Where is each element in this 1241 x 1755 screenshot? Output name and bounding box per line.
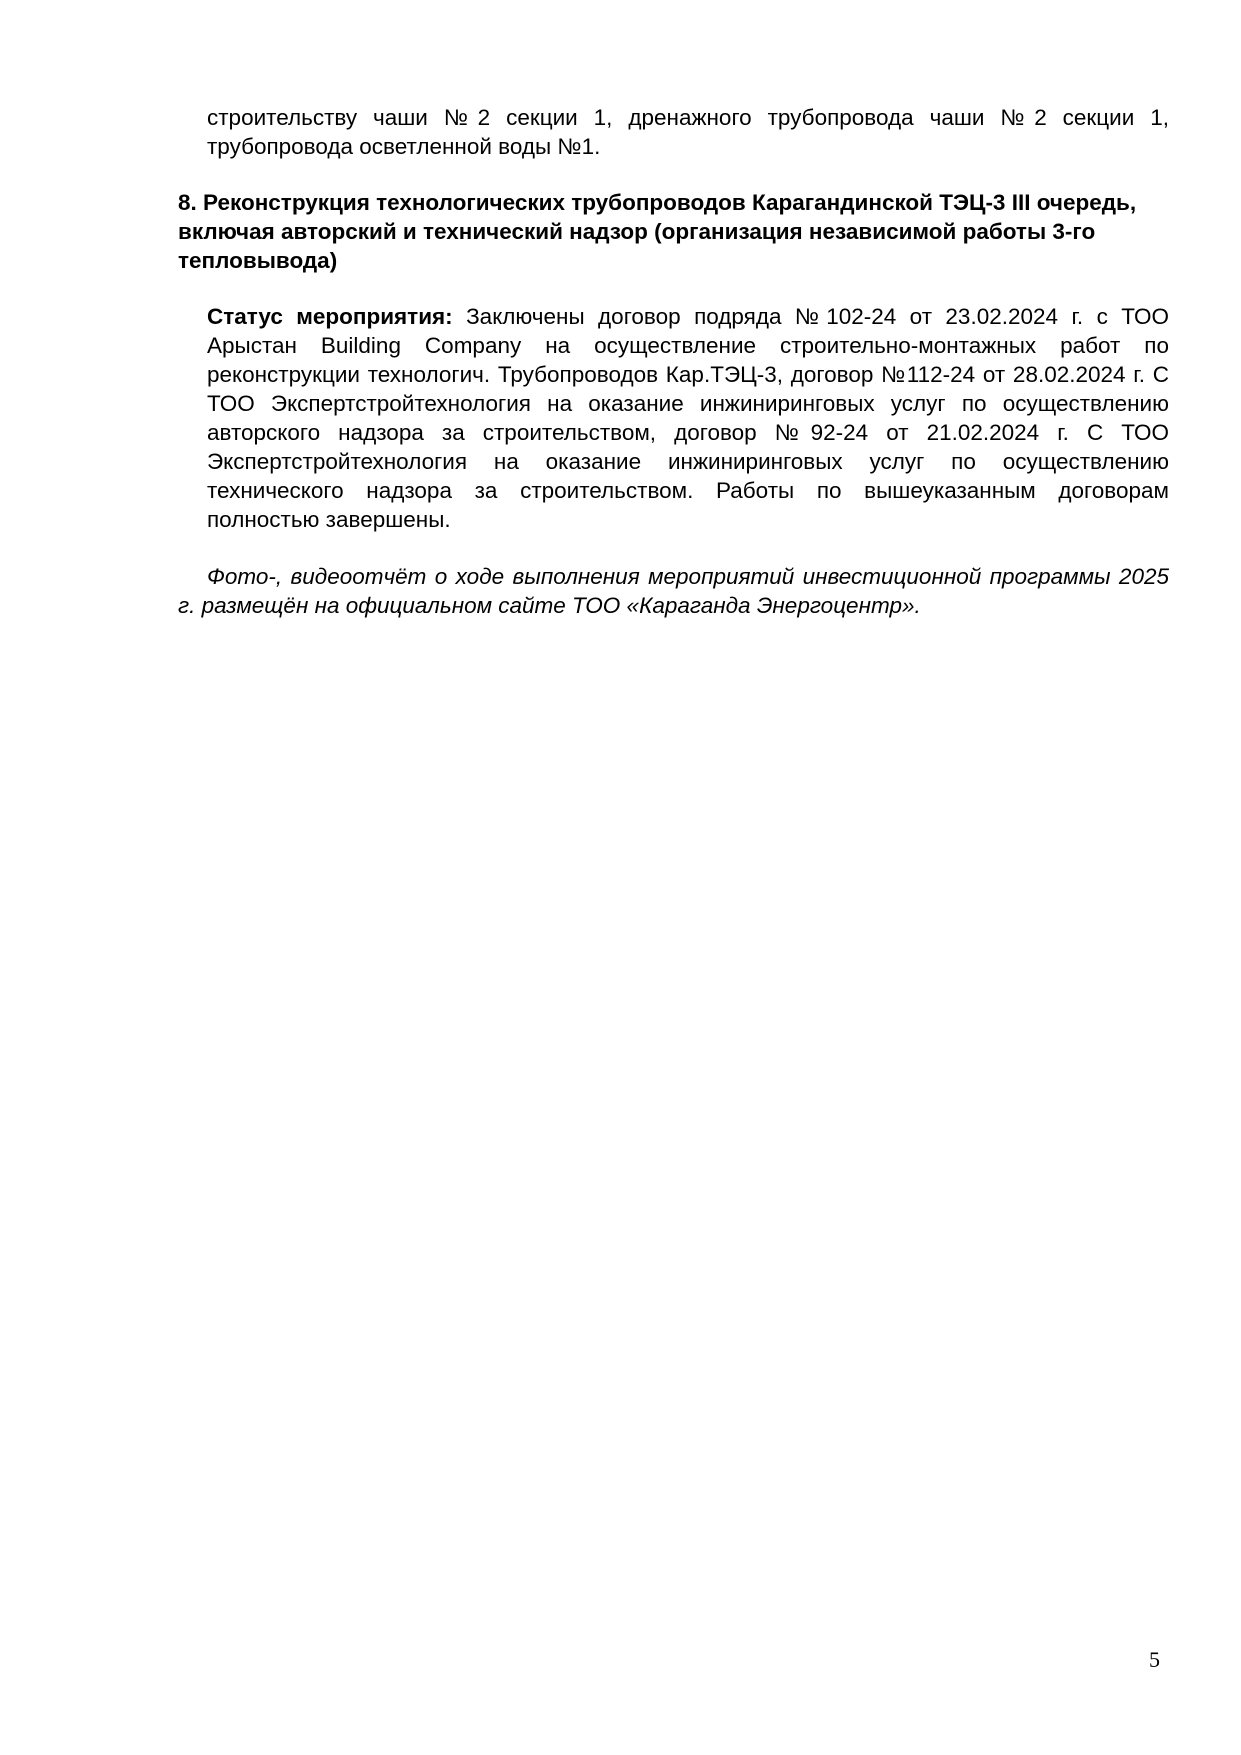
document-page: строительству чаши №2 секции 1, дренажно… [0, 0, 1241, 1755]
page-number: 5 [1149, 1648, 1160, 1672]
section-title: Реконструкция технологических трубопрово… [178, 190, 1136, 273]
section-number: 8. [178, 190, 197, 215]
status-paragraph: Статус мероприятия: Заключены договор по… [207, 302, 1169, 534]
section-heading: 8. Реконструкция технологических трубопр… [178, 188, 1173, 275]
status-label: Статус мероприятия: [207, 304, 453, 329]
photo-report-note: Фото-, видеоотчёт о ходе выполнения меро… [178, 562, 1169, 620]
continuation-paragraph: строительству чаши №2 секции 1, дренажно… [207, 103, 1169, 161]
status-text: Заключены договор подряда №102-24 от 23.… [207, 304, 1169, 532]
